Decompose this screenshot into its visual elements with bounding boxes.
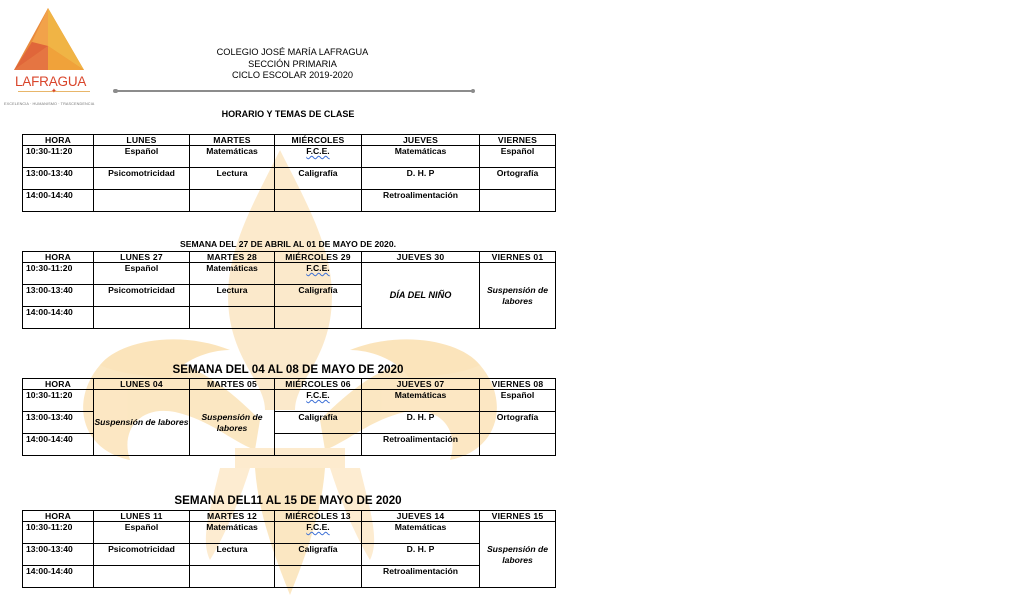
column-header: MIÉRCOLES 29: [275, 252, 362, 263]
subject-cell: [190, 566, 275, 588]
table-row: 10:30-11:20 Español Matemáticas F.C.E. D…: [23, 263, 556, 285]
logo-wordmark: LAFRAGUA: [15, 74, 86, 89]
suspension-cell: Suspensión de labores: [94, 390, 190, 456]
subject-cell: Caligrafía: [275, 168, 362, 190]
subject-cell: [275, 307, 362, 329]
subject-cell: D. H. P: [362, 412, 480, 434]
table-header-row: HORA LUNES 27 MARTES 28 MIÉRCOLES 29 JUE…: [23, 252, 556, 263]
subject-cell: Caligrafía: [275, 285, 362, 307]
column-header: MIÉRCOLES 06: [275, 379, 362, 390]
table-header-row: HORA LUNES MARTES MIÉRCOLES JUEVES VIERN…: [23, 135, 556, 146]
subject-cell: Matemáticas: [362, 146, 480, 168]
column-header: MARTES 12: [190, 511, 275, 522]
subject-cell: Retroalimentación: [362, 190, 480, 212]
subject-cell: Español: [94, 522, 190, 544]
subject-cell: Español: [94, 263, 190, 285]
column-header: LUNES 11: [94, 511, 190, 522]
subject-cell: [480, 434, 556, 456]
time-cell: 10:30-11:20: [23, 522, 94, 544]
column-header: HORA: [23, 511, 94, 522]
column-header: LUNES 04: [94, 379, 190, 390]
time-cell: 10:30-11:20: [23, 146, 94, 168]
subject-cell: [190, 190, 275, 212]
subject-cell: [94, 566, 190, 588]
triangle-logo-icon: [2, 6, 106, 76]
time-cell: 10:30-11:20: [23, 263, 94, 285]
time-cell: 13:00-13:40: [23, 544, 94, 566]
schedule-table-week-may04: HORA LUNES 04 MARTES 05 MIÉRCOLES 06 JUE…: [22, 378, 556, 456]
column-header: JUEVES 14: [362, 511, 480, 522]
column-header: MARTES: [190, 135, 275, 146]
time-cell: 13:00-13:40: [23, 168, 94, 190]
header-divider: [113, 89, 475, 92]
time-cell: 14:00-14:40: [23, 434, 94, 456]
subject-cell: Matemáticas: [190, 263, 275, 285]
subject-cell: Ortografía: [480, 412, 556, 434]
table-header-row: HORA LUNES 04 MARTES 05 MIÉRCOLES 06 JUE…: [23, 379, 556, 390]
column-header: VIERNES 08: [480, 379, 556, 390]
column-header: HORA: [23, 135, 94, 146]
subject-cell: Matemáticas: [190, 146, 275, 168]
logo-cross-icon: ✦: [51, 88, 57, 95]
column-header: VIERNES 15: [480, 511, 556, 522]
column-header: MIÉRCOLES 13: [275, 511, 362, 522]
week-title: SEMANA DEL11 AL 15 DE MAYO DE 2020: [22, 494, 554, 507]
document-title: HORARIO Y TEMAS DE CLASE: [22, 109, 554, 119]
subject-text: F.C.E.: [306, 390, 329, 400]
subject-cell: Matemáticas: [362, 522, 480, 544]
column-header: JUEVES: [362, 135, 480, 146]
subject-cell: Psicomotricidad: [94, 285, 190, 307]
subject-cell: Español: [480, 390, 556, 412]
subject-cell: Caligrafía: [275, 544, 362, 566]
week-title: SEMANA DEL 04 AL 08 DE MAYO DE 2020: [22, 363, 554, 376]
table-row: 13:00-13:40 Psicomotricidad Lectura Cali…: [23, 544, 556, 566]
column-header: JUEVES 07: [362, 379, 480, 390]
column-header: HORA: [23, 252, 94, 263]
subject-cell: Psicomotricidad: [94, 544, 190, 566]
subject-cell: D. H. P: [362, 544, 480, 566]
column-header: MARTES 05: [190, 379, 275, 390]
time-cell: 14:00-14:40: [23, 566, 94, 588]
subject-cell: Lectura: [190, 544, 275, 566]
column-header: MARTES 28: [190, 252, 275, 263]
subject-cell: Ortografía: [480, 168, 556, 190]
column-header: LUNES: [94, 135, 190, 146]
column-header: JUEVES 30: [362, 252, 480, 263]
schedule-table-week-apr27: HORA LUNES 27 MARTES 28 MIÉRCOLES 29 JUE…: [22, 251, 556, 329]
table-header-row: HORA LUNES 11 MARTES 12 MIÉRCOLES 13 JUE…: [23, 511, 556, 522]
table-row: 13:00-13:40 Psicomotricidad Lectura Cali…: [23, 168, 556, 190]
column-header: LUNES 27: [94, 252, 190, 263]
subject-cell: Matemáticas: [362, 390, 480, 412]
subject-text: F.C.E.: [306, 522, 329, 532]
subject-cell: F.C.E.: [275, 263, 362, 285]
school-cycle: CICLO ESCOLAR 2019-2020: [180, 70, 405, 82]
subject-cell: Español: [94, 146, 190, 168]
subject-cell: Retroalimentación: [362, 434, 480, 456]
subject-cell: [275, 190, 362, 212]
subject-cell: [94, 307, 190, 329]
column-header: MIÉRCOLES: [275, 135, 362, 146]
subject-cell: [190, 307, 275, 329]
week-title: SEMANA DEL 27 DE ABRIL AL 01 DE MAYO DE …: [22, 239, 554, 249]
subject-cell: Español: [480, 146, 556, 168]
subject-cell: [480, 190, 556, 212]
schedule-table-week-may11: HORA LUNES 11 MARTES 12 MIÉRCOLES 13 JUE…: [22, 510, 556, 588]
subject-cell: [94, 190, 190, 212]
subject-cell: [275, 434, 362, 456]
table-row: 10:30-11:20 Suspensión de labores Suspen…: [23, 390, 556, 412]
subject-cell: Matemáticas: [190, 522, 275, 544]
time-cell: 10:30-11:20: [23, 390, 94, 412]
subject-cell: F.C.E.: [275, 146, 362, 168]
subject-cell: Psicomotricidad: [94, 168, 190, 190]
subject-cell: Retroalimentación: [362, 566, 480, 588]
subject-cell: D. H. P: [362, 168, 480, 190]
table-row: 10:30-11:20 Español Matemáticas F.C.E. M…: [23, 522, 556, 544]
school-header: COLEGIO JOSÉ MARÍA LAFRAGUA SECCIÓN PRIM…: [180, 47, 405, 82]
time-cell: 13:00-13:40: [23, 285, 94, 307]
school-section: SECCIÓN PRIMARIA: [180, 59, 405, 71]
time-cell: 13:00-13:40: [23, 412, 94, 434]
schedule-table-general: HORA LUNES MARTES MIÉRCOLES JUEVES VIERN…: [22, 134, 556, 212]
column-header: VIERNES: [480, 135, 556, 146]
table-row: 14:00-14:40 Retroalimentación: [23, 566, 556, 588]
subject-cell: Lectura: [190, 168, 275, 190]
suspension-cell: Suspensión de labores: [480, 263, 556, 329]
subject-text: F.C.E.: [306, 263, 329, 273]
subject-cell: Caligrafía: [275, 412, 362, 434]
suspension-cell: Suspensión de labores: [190, 390, 275, 456]
subject-cell: F.C.E.: [275, 522, 362, 544]
time-cell: 14:00-14:40: [23, 190, 94, 212]
subject-cell: F.C.E.: [275, 390, 362, 412]
suspension-cell: Suspensión de labores: [480, 522, 556, 588]
time-cell: 14:00-14:40: [23, 307, 94, 329]
table-row: 14:00-14:40 Retroalimentación: [23, 190, 556, 212]
school-name: COLEGIO JOSÉ MARÍA LAFRAGUA: [180, 47, 405, 59]
holiday-cell: DÍA DEL NIÑO: [362, 263, 480, 329]
column-header: VIERNES 01: [480, 252, 556, 263]
logo-tagline: EXCELENCIA · HUMANISMO · TRASCENDENCIA: [4, 102, 94, 106]
column-header: HORA: [23, 379, 94, 390]
table-row: 10:30-11:20 Español Matemáticas F.C.E. M…: [23, 146, 556, 168]
subject-cell: [275, 566, 362, 588]
school-logo: LAFRAGUA ✦ EXCELENCIA · HUMANISMO · TRAS…: [2, 6, 106, 102]
subject-cell: Lectura: [190, 285, 275, 307]
subject-text: F.C.E.: [306, 146, 329, 156]
